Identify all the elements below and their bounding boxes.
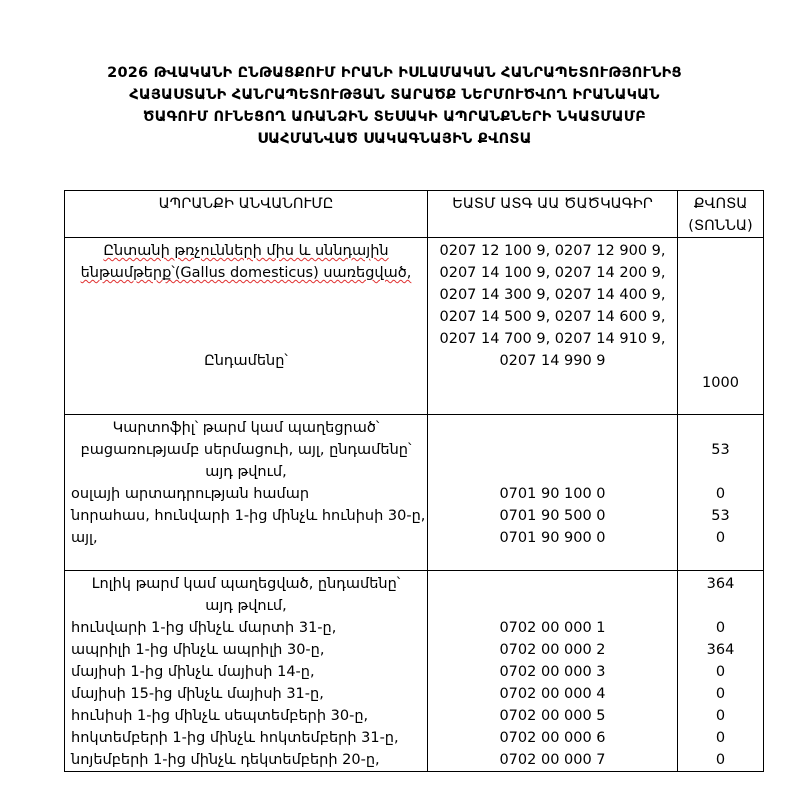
quota-value: 53 <box>678 505 763 527</box>
total-label: Ընդամենը՝ <box>65 350 427 372</box>
header-quota: ՔՎՈՏԱ (ՏՈՆՆԱ) <box>678 191 764 238</box>
title-line: ՍԱՀՄԱՆՎԱԾ ՍԱԿԱԳՆԱՅԻՆ ՔՎՈՏԱ <box>40 128 749 150</box>
code-cell: 0702 00 000 1 0702 00 000 2 0702 00 000 … <box>428 571 678 772</box>
table-row: Ընտանի թռչունների միս և սննդային ենթամթե… <box>65 238 764 415</box>
product-name-cell: Ընտանի թռչունների միս և սննդային ենթամթե… <box>65 238 428 415</box>
quota-value: 0 <box>678 683 763 705</box>
code-line: 0207 12 100 9, 0207 12 900 9, <box>428 240 677 262</box>
sub-item-label: հունիսի 1-ից մինչև սեպտեմբերի 30-ը, <box>65 705 427 727</box>
sub-item-label: մայիսի 15-ից մինչև մայիսի 31-ը, <box>65 683 427 705</box>
code-line: 0702 00 000 1 <box>428 617 677 639</box>
product-name-line: Լոլիկ թարմ կամ պաղեցված, ընդամենը՝ <box>65 573 427 595</box>
product-name-line: ենթամթերք՝(Gallus domesticus) սառեցված, <box>81 265 412 281</box>
header-code: ԵԱՏՄ ԱՏԳ ԱԱ ԾԱԾԿԱԳԻՐ <box>428 191 678 238</box>
title-line: ԾԱԳՈՒՄ ՈՒՆԵՑՈՂ ԱՌԱՆՁԻՆ ՏԵՍԱԿԻ ԱՊՐԱՆՔՆԵՐԻ… <box>40 106 749 128</box>
quota-table: ԱՊՐԱՆՔԻ ԱՆՎԱՆՈՒՄԸ ԵԱՏՄ ԱՏԳ ԱԱ ԾԱԾԿԱԳԻՐ Ք… <box>64 190 764 772</box>
sub-item-label: մայիսի 1-ից մինչև մայիսի 14-ը, <box>65 661 427 683</box>
sub-item-label: նոյեմբերի 1-ից մինչև դեկտեմբերի 20-ը, <box>65 749 427 771</box>
product-name-line: այդ թվում, <box>65 461 427 483</box>
code-line: 0207 14 100 9, 0207 14 200 9, <box>428 262 677 284</box>
document-title: 2026 ԹՎԱԿԱՆԻ ԸՆԹԱՑՔՈՒՄ ԻՐԱՆԻ ԻՍԼԱՄԱԿԱՆ Հ… <box>40 62 749 150</box>
table-row: Կարտոֆիլ՝ թարմ կամ պաղեցրած՝ բացառությամ… <box>65 415 764 571</box>
product-name-cell: Լոլիկ թարմ կամ պաղեցված, ընդամենը՝ այդ թ… <box>65 571 428 772</box>
product-name-line: Կարտոֆիլ՝ թարմ կամ պաղեցրած՝ <box>65 417 427 439</box>
table-row: Լոլիկ թարմ կամ պաղեցված, ընդամենը՝ այդ թ… <box>65 571 764 772</box>
title-line: 2026 ԹՎԱԿԱՆԻ ԸՆԹԱՑՔՈՒՄ ԻՐԱՆԻ ԻՍԼԱՄԱԿԱՆ Հ… <box>40 62 749 84</box>
quota-value: 364 <box>678 573 763 595</box>
code-line: 0702 00 000 3 <box>428 661 677 683</box>
code-cell: 0207 12 100 9, 0207 12 900 9, 0207 14 10… <box>428 238 678 415</box>
quota-value: 0 <box>678 749 763 771</box>
product-name-cell: Կարտոֆիլ՝ թարմ կամ պաղեցրած՝ բացառությամ… <box>65 415 428 571</box>
code-line: 0701 90 900 0 <box>428 527 677 549</box>
quota-value: 364 <box>678 639 763 661</box>
code-line: 0702 00 000 6 <box>428 727 677 749</box>
product-name-line: բացառությամբ սերմացուի, այլ, ընդամենը՝ <box>65 439 427 461</box>
quota-value: 0 <box>678 705 763 727</box>
code-line: 0207 14 300 9, 0207 14 400 9, <box>428 284 677 306</box>
sub-item-label: օսլայի արտադրության համար <box>65 483 427 505</box>
code-line: 0207 14 990 9 <box>428 350 677 372</box>
code-line: 0207 14 700 9, 0207 14 910 9, <box>428 328 677 350</box>
code-line: 0702 00 000 5 <box>428 705 677 727</box>
quota-value: 0 <box>678 661 763 683</box>
quota-value: 0 <box>678 483 763 505</box>
sub-item-label: այլ, <box>65 527 427 549</box>
code-line: 0701 90 100 0 <box>428 483 677 505</box>
sub-item-label: նորահաս, հունվարի 1-ից մինչև հունիսի 30-… <box>65 505 427 527</box>
header-product-name: ԱՊՐԱՆՔԻ ԱՆՎԱՆՈՒՄԸ <box>65 191 428 238</box>
quota-value: 0 <box>678 527 763 549</box>
code-line: 0207 14 500 9, 0207 14 600 9, <box>428 306 677 328</box>
quota-value: 1000 <box>678 372 763 394</box>
quota-cell: 53 0 53 0 <box>678 415 764 571</box>
quota-value: 53 <box>678 439 763 461</box>
quota-value: 0 <box>678 617 763 639</box>
code-cell: 0701 90 100 0 0701 90 500 0 0701 90 900 … <box>428 415 678 571</box>
title-line: ՀԱՅԱՍՏԱՆԻ ՀԱՆՐԱՊԵՏՈՒԹՅԱՆ ՏԱՐԱԾՔ ՆԵՐՄՈՒԾՎ… <box>40 84 749 106</box>
quota-cell: 364 0 364 0 0 0 0 0 <box>678 571 764 772</box>
product-name-line: Ընտանի թռչունների միս և սննդային <box>103 243 388 259</box>
sub-item-label: հոկտեմբերի 1-ից մինչև հոկտեմբերի 31-ը, <box>65 727 427 749</box>
quota-cell: 1000 <box>678 238 764 415</box>
product-name-line: այդ թվում, <box>65 595 427 617</box>
code-line: 0702 00 000 4 <box>428 683 677 705</box>
table-header-row: ԱՊՐԱՆՔԻ ԱՆՎԱՆՈՒՄԸ ԵԱՏՄ ԱՏԳ ԱԱ ԾԱԾԿԱԳԻՐ Ք… <box>65 191 764 238</box>
code-line: 0702 00 000 7 <box>428 749 677 771</box>
sub-item-label: հունվարի 1-ից մինչև մարտի 31-ը, <box>65 617 427 639</box>
quota-value: 0 <box>678 727 763 749</box>
code-line: 0702 00 000 2 <box>428 639 677 661</box>
code-line: 0701 90 500 0 <box>428 505 677 527</box>
sub-item-label: ապրիլի 1-ից մինչև ապրիլի 30-ը, <box>65 639 427 661</box>
